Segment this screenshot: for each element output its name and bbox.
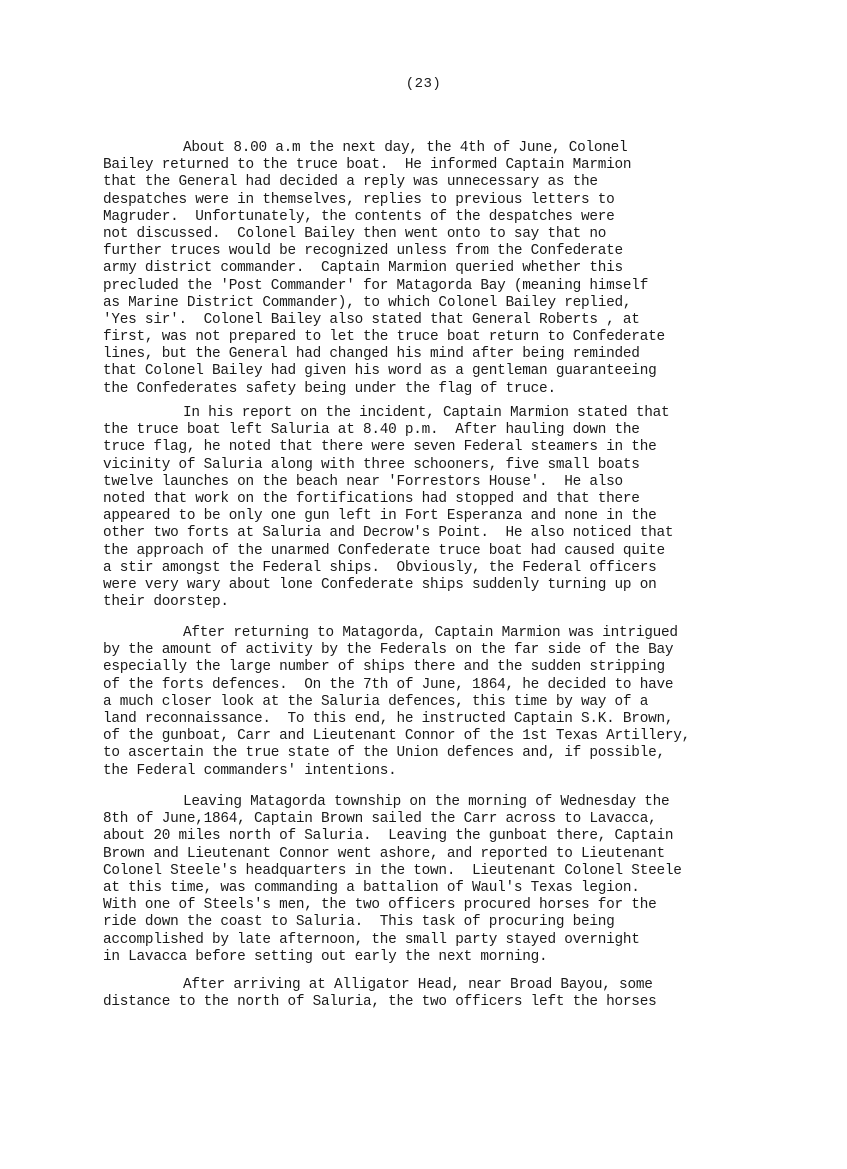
text-line: After arriving at Alligator Head, near B… bbox=[103, 977, 656, 994]
text-line: that Colonel Bailey had given his word a… bbox=[103, 363, 665, 380]
text-line: especially the large number of ships the… bbox=[103, 659, 690, 676]
text-line: of the forts defences. On the 7th of Jun… bbox=[103, 677, 690, 694]
paragraph-5: After arriving at Alligator Head, near B… bbox=[103, 977, 656, 1011]
text-line: accomplished by late afternoon, the smal… bbox=[103, 932, 682, 949]
paragraph-1: About 8.00 a.m the next day, the 4th of … bbox=[103, 140, 665, 398]
text-line: About 8.00 a.m the next day, the 4th of … bbox=[103, 140, 665, 157]
text-line: Brown and Lieutenant Connor went ashore,… bbox=[103, 846, 682, 863]
text-line: 'Yes sir'. Colonel Bailey also stated th… bbox=[103, 312, 665, 329]
text-line: twelve launches on the beach near 'Forre… bbox=[103, 474, 673, 491]
text-line: distance to the north of Saluria, the tw… bbox=[103, 994, 656, 1011]
text-line: other two forts at Saluria and Decrow's … bbox=[103, 525, 673, 542]
text-line: truce flag, he noted that there were sev… bbox=[103, 439, 673, 456]
text-line: that the General had decided a reply was… bbox=[103, 174, 665, 191]
text-line: With one of Steels's men, the two office… bbox=[103, 897, 682, 914]
text-line: the truce boat left Saluria at 8.40 p.m.… bbox=[103, 422, 673, 439]
text-line: of the gunboat, Carr and Lieutenant Conn… bbox=[103, 728, 690, 745]
text-line: 8th of June,1864, Captain Brown sailed t… bbox=[103, 811, 682, 828]
text-line: first, was not prepared to let the truce… bbox=[103, 329, 665, 346]
text-line: their doorstep. bbox=[103, 594, 673, 611]
text-line: further truces would be recognized unles… bbox=[103, 243, 665, 260]
text-line: Magruder. Unfortunately, the contents of… bbox=[103, 209, 665, 226]
text-line: Bailey returned to the truce boat. He in… bbox=[103, 157, 665, 174]
text-line: ride down the coast to Saluria. This tas… bbox=[103, 914, 682, 931]
text-line: the Federal commanders' intentions. bbox=[103, 763, 690, 780]
text-line: In his report on the incident, Captain M… bbox=[103, 405, 673, 422]
text-line: to ascertain the true state of the Union… bbox=[103, 745, 690, 762]
text-line: noted that work on the fortifications ha… bbox=[103, 491, 673, 508]
text-line: about 20 miles north of Saluria. Leaving… bbox=[103, 828, 682, 845]
text-line: Colonel Steele's headquarters in the tow… bbox=[103, 863, 682, 880]
text-line: army district commander. Captain Marmion… bbox=[103, 260, 665, 277]
text-line: not discussed. Colonel Bailey then went … bbox=[103, 226, 665, 243]
text-line: by the amount of activity by the Federal… bbox=[103, 642, 690, 659]
text-line: Leaving Matagorda township on the mornin… bbox=[103, 794, 682, 811]
text-line: despatches were in themselves, replies t… bbox=[103, 192, 665, 209]
paragraph-3: After returning to Matagorda, Captain Ma… bbox=[103, 625, 690, 780]
text-line: in Lavacca before setting out early the … bbox=[103, 949, 682, 966]
text-line: the Confederates safety being under the … bbox=[103, 381, 665, 398]
text-line: After returning to Matagorda, Captain Ma… bbox=[103, 625, 690, 642]
text-line: lines, but the General had changed his m… bbox=[103, 346, 665, 363]
paragraph-4: Leaving Matagorda township on the mornin… bbox=[103, 794, 682, 966]
text-line: at this time, was commanding a battalion… bbox=[103, 880, 682, 897]
text-line: a much closer look at the Saluria defenc… bbox=[103, 694, 690, 711]
text-line: were very wary about lone Confederate sh… bbox=[103, 577, 673, 594]
text-line: precluded the 'Post Commander' for Matag… bbox=[103, 278, 665, 295]
text-line: a stir amongst the Federal ships. Obviou… bbox=[103, 560, 673, 577]
page-number: (23) bbox=[0, 76, 847, 92]
text-line: appeared to be only one gun left in Fort… bbox=[103, 508, 673, 525]
text-line: as Marine District Commander), to which … bbox=[103, 295, 665, 312]
text-line: land reconnaissance. To this end, he ins… bbox=[103, 711, 690, 728]
text-line: the approach of the unarmed Confederate … bbox=[103, 543, 673, 560]
text-line: vicinity of Saluria along with three sch… bbox=[103, 457, 673, 474]
paragraph-2: In his report on the incident, Captain M… bbox=[103, 405, 673, 611]
